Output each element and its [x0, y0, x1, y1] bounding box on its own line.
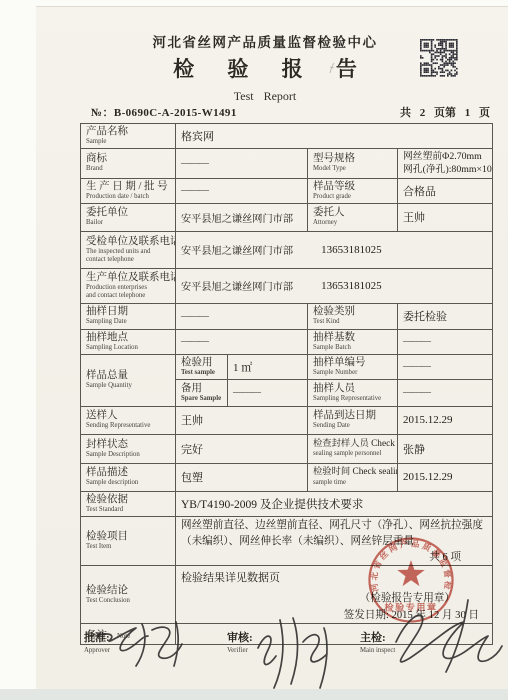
production-date-label: 生 产 日 期 / 批 号 Production date / batch: [81, 178, 176, 203]
scanner-edge: [0, 689, 508, 700]
sample-quantity-label: 样品总量 Sample Quantity: [81, 354, 176, 406]
production-unit-name: 安平县旭之谦丝网门市部: [181, 278, 293, 293]
inspected-unit-value: 安平县旭之谦丝网门市部 13653181025: [176, 231, 493, 268]
verifier-label: 审核:: [227, 632, 253, 644]
production-date-value: ———: [176, 178, 308, 203]
sampling-location-value: ———: [176, 329, 308, 354]
test-kind-label: 检验类别 Test Kind: [308, 303, 398, 329]
main-inspector-block: 主检: Main inspect: [360, 628, 395, 654]
inspected-unit-label: 受检单位及联系电话 The inspected units and contac…: [81, 231, 176, 268]
bailor-value: 安平县旭之谦丝网门市部: [176, 203, 308, 231]
seal-check-label: 检查封样人员 Check sealing sample personnel: [308, 434, 398, 463]
sample-value: 格宾网: [176, 124, 493, 149]
table-row: 抽样地点 Sampling Location ——— 抽样基数 Sample B…: [81, 329, 493, 354]
approver-block: 批准: Approver: [84, 628, 110, 654]
sample-batch-value: ———: [398, 329, 493, 354]
table-row: 受检单位及联系电话 The inspected units and contac…: [81, 231, 493, 268]
sample-desc-value: 包塑: [176, 463, 308, 491]
table-row: 封样状态 Sample Description 完好 检查封样人员 Check …: [81, 434, 493, 463]
inspected-unit-phone: 13653181025: [321, 244, 382, 256]
attorney-value: 王帅: [398, 203, 493, 231]
spare-sample-label: 备用 Spare Sample: [176, 379, 228, 406]
sample-number-value: ———: [398, 354, 493, 379]
production-unit-value: 安平县旭之谦丝网门市部 13653181025: [176, 268, 493, 303]
bailor-label: 委托单位 Bailor: [81, 203, 176, 231]
test-time-label: 检验时间 Check sealing sample time: [308, 463, 398, 491]
table-row: 抽样日期 Sampling Date ——— 检验类别 Test Kind 委托…: [81, 303, 493, 329]
sample-number-label: 抽样单编号 Sample Number: [308, 354, 398, 379]
sampling-location-label: 抽样地点 Sampling Location: [81, 329, 176, 354]
report-number: №：B-0690C-A-2015-W1491: [91, 104, 237, 120]
sampling-date-label: 抽样日期 Sampling Date: [81, 303, 176, 329]
sending-rep-value: 王帅: [176, 406, 308, 434]
test-conclusion-label: 检验结论 Test Conclusion: [81, 566, 176, 624]
spare-sample-value: ———: [228, 379, 308, 406]
sampling-rep-value: ———: [398, 379, 493, 406]
brand-value: ———: [176, 148, 308, 178]
test-sample-label: 检验用 Test sample: [176, 354, 228, 379]
table-row: 样品总量 Sample Quantity 检验用 Test sample 1 ㎡…: [81, 354, 493, 379]
model-type-value: 网丝塑前Φ2.70mm 网孔(净孔):80mm×100mm: [398, 148, 493, 178]
sending-date-value: 2015.12.29: [398, 406, 493, 434]
red-seal-stamp: 河北省丝网产品质量监督检验中心 检验专用章: [363, 532, 459, 628]
sending-date-label: 样品到达日期 Sending Date: [308, 406, 398, 434]
table-row: 检验依据 Test Standard YB/T4190-2009 及企业提供技术…: [81, 491, 493, 516]
report-title: 检 验 报 告: [85, 53, 445, 83]
test-kind-value: 委托检验: [398, 303, 493, 329]
seal-state-value: 完好: [176, 434, 308, 463]
approver-label: 批准:: [84, 632, 110, 644]
test-standard-value: YB/T4190-2009 及企业提供技术要求: [176, 491, 493, 516]
brand-label: 商标 Brand: [81, 148, 176, 178]
seal-check-value: 张静: [398, 434, 493, 463]
table-row: 生产单位及联系电话 Production enterprises and con…: [81, 268, 493, 303]
production-unit-phone: 13653181025: [321, 280, 382, 292]
test-item-label: 检验项目 Test Item: [81, 516, 176, 566]
production-unit-label: 生产单位及联系电话 Production enterprises and con…: [81, 268, 176, 303]
test-sample-value: 1 ㎡: [228, 354, 308, 379]
table-row: 样品描述 Sample description 包塑 检验时间 Check se…: [81, 463, 493, 491]
report-subtitle: Test Report: [85, 89, 445, 104]
product-grade-label: 样品等级 Product grade: [308, 178, 398, 203]
sample-desc-label: 样品描述 Sample description: [81, 463, 176, 491]
table-row: 生 产 日 期 / 批 号 Production date / batch ——…: [81, 178, 493, 203]
table-row: 送样人 Sending Representative 王帅 样品到达日期 Sen…: [81, 406, 493, 434]
scanned-report-page: 河北省丝网产品质量监督检验中心 检 验 报 告 Test Report №：B-…: [0, 0, 508, 700]
organization-name: 河北省丝网产品质量监督检验中心: [85, 31, 445, 51]
stamp-bottom-text: 检验专用章: [384, 601, 437, 612]
table-row: 产品名称 Sample 格宾网: [81, 124, 493, 149]
pen-mark: [328, 62, 336, 74]
main-inspector-label: 主检:: [360, 632, 386, 644]
table-row: 委托单位 Bailor 安平县旭之谦丝网门市部 委托人 Attorney 王帅: [81, 203, 493, 231]
verifier-block: 审核: Verifier: [227, 628, 253, 654]
attorney-label: 委托人 Attorney: [308, 203, 398, 231]
test-standard-label: 检验依据 Test Standard: [81, 491, 176, 516]
table-row: 商标 Brand ——— 型号规格 Model Type 网丝塑前Φ2.70mm…: [81, 148, 493, 178]
sending-rep-label: 送样人 Sending Representative: [81, 406, 176, 434]
sampling-rep-label: 抽样人员 Sampling Representative: [308, 379, 398, 406]
qr-code: [420, 38, 458, 78]
test-time-value: 2015.12.29: [398, 463, 493, 491]
page-count: 共 2 页第 1 页: [400, 104, 490, 120]
sampling-date-value: ———: [176, 303, 308, 329]
sample-batch-label: 抽样基数 Sample Batch: [308, 329, 398, 354]
stamp-star-icon: [397, 560, 424, 586]
model-type-label: 型号规格 Model Type: [308, 148, 398, 178]
product-grade-value: 合格品: [398, 178, 493, 203]
inspected-unit-name: 安平县旭之谦丝网门市部: [181, 242, 293, 257]
sample-label: 产品名称 Sample: [81, 124, 176, 149]
seal-state-label: 封样状态 Sample Description: [81, 434, 176, 463]
